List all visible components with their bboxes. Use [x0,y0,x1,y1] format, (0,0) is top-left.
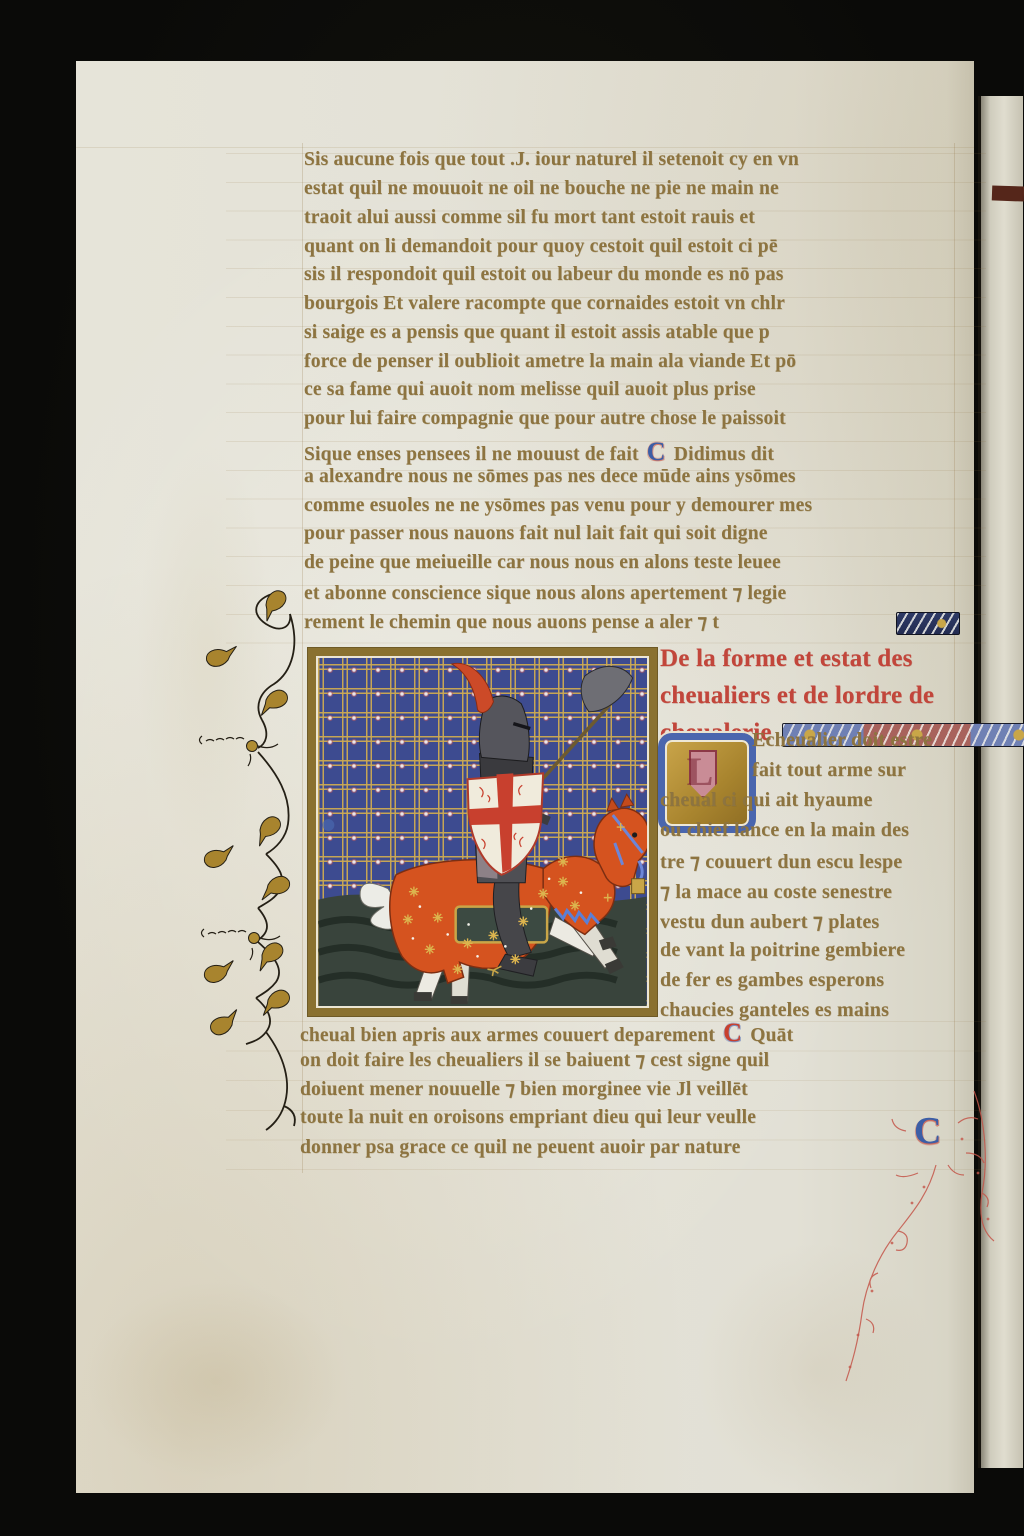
text-line: Echeualier doit estre [752,729,932,752]
text-line: Sis aucune fois que tout .J. iour nature… [304,149,959,178]
penwork-initial-c: C [644,437,669,466]
text-line: sis il respondoit quil estoit ou labeur … [304,264,959,293]
text-line: Sique enses pensees il ne mouust de fait… [304,437,959,466]
ivy-marginalia [196,586,316,1166]
text-line: cheual ci qui ait hyaume [660,789,873,812]
penwork-initial-c-final: C [914,1109,941,1153]
text-line: fait tout arme sur [752,759,906,782]
text-line: donner psa grace ce quil ne peuent auoir… [300,1137,960,1167]
initial-letter: L [665,748,735,795]
text-line: on doit faire les cheualiers il se baiue… [300,1048,960,1078]
text-line: pour lui faire compagnie que pour autre … [304,408,959,437]
text-segment: Quāt [750,1025,793,1046]
text-line: ce sa fame qui auoit nom melisse quil au… [304,379,959,408]
text-line: de vant la poitrine gembiere [660,939,905,962]
line-filler-ornament [896,612,960,635]
text-line: estat quil ne mouuoit ne oil ne bouche n… [304,178,959,207]
parchment-stain [86,1281,346,1481]
text-line: quant on li demandoit pour quoy cestoit … [304,236,959,265]
binding-edge [992,185,1024,201]
text-line: tre ⁊ couuert dun escu lespe [660,849,902,874]
miniature-knight-on-horseback [308,648,657,1016]
text-line: ⁊ la mace au coste senestre [660,879,892,904]
text-line: rement le chemin que nous auons pense a … [304,610,959,639]
text-segment: Didimus dit [674,444,774,465]
text-line: force de penser il oublioit ametre la ma… [304,351,959,380]
rubric-line: cheualiers et de lordre de [660,682,934,710]
ruling-line-horizontal [76,147,974,148]
text-line: ou chief lance en la main des [660,819,909,842]
text-line: vestu dun aubert ⁊ plates [660,909,879,934]
text-segment: cheual bien apris aux armes couuert depa… [300,1025,715,1046]
photograph-background: Sis aucune fois que tout .J. iour nature… [0,0,1024,1536]
text-line: bourgois Et valere racompte que cornaide… [304,293,959,322]
text-line: traoit alui aussi comme sil fu mort tant… [304,207,959,236]
miniature-frame [316,656,649,1008]
text-line: a alexandre nous ne sōmes pas nes dece m… [304,466,959,495]
manuscript-page: Sis aucune fois que tout .J. iour nature… [76,61,974,1493]
text-line: de peine que meiueille car nous nous en … [304,552,959,581]
text-line: cheual bien apris aux armes couuert depa… [300,1018,960,1048]
text-segment: Sique enses pensees il ne mouust de fait [304,444,639,465]
knight-horse-illustration [318,658,647,1006]
illuminated-initial-l: L [658,733,756,833]
text-line: et abonne conscience sique nous alons ap… [304,581,959,610]
rubric-line: De la forme et estat des [660,645,913,673]
text-line: pour passer nous nauons fait nul lait fa… [304,523,959,552]
text-line: de fer es gambes esperons [660,969,884,992]
text-line: doiuent mener nouuelle ⁊ bien morginee v… [300,1077,960,1107]
penwork-initial-c: C [720,1018,745,1047]
text-line: si saige es a pensis que quant il estoit… [304,322,959,351]
text-line: comme esuoles ne ne ysōmes pas venu pour… [304,495,959,524]
text-line: toute la nuit en oroisons empriant dieu … [300,1107,960,1137]
